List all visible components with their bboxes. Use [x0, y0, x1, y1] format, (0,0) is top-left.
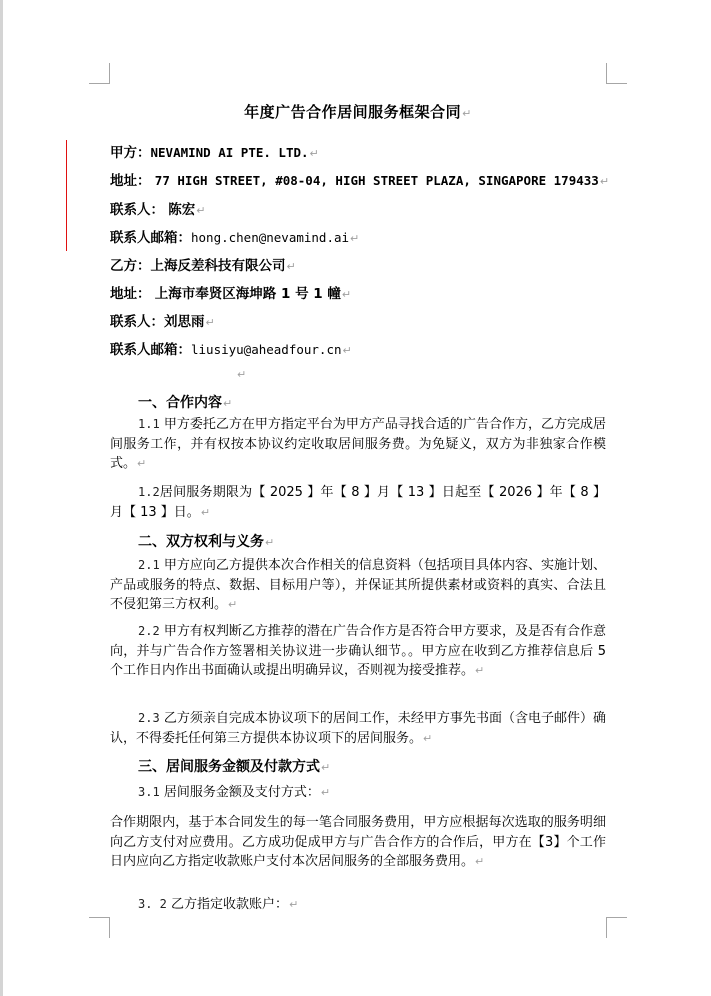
party-a-name-line: 甲方：NEVAMIND AI PTE. LTD.↵ [110, 141, 319, 161]
clause-2-3: 2.3 乙方须亲自完成本协议项下的居间工作，未经甲方事先书面（含电子邮件）确认，… [110, 709, 606, 748]
clause-1-2: 1.2居间服务期限为【 2025 】年【 8 】月【 13 】日起至【 2026… [110, 483, 606, 522]
paragraph-mark-icon: ↵ [310, 147, 319, 160]
party-b-email-line: 联系人邮箱：liusiyu@aheadfour.cn↵ [110, 338, 352, 358]
section-heading-2: 二、双方权利与义务↵ [138, 531, 274, 551]
section-heading-1: 一、合作内容↵ [138, 392, 232, 412]
crop-mark-top-left [89, 63, 110, 84]
party-b-name-line: 乙方：上海反差科技有限公司↵ [110, 254, 296, 274]
section-heading-3: 三、居间服务金额及付款方式↵ [138, 756, 330, 776]
crop-mark-top-right [606, 63, 627, 84]
paragraph-mark-icon: ↵ [201, 506, 210, 519]
crop-mark-bottom-right [606, 917, 627, 938]
party-a-email-line: 联系人邮箱：hong.chen@nevamind.ai↵ [110, 226, 359, 246]
party-a-address-line: 地址： 77 HIGH STREET, #08-04, HIGH STREET … [110, 169, 609, 189]
paragraph-mark-icon: ↵ [423, 732, 432, 745]
paragraph-mark-icon: ↵ [206, 316, 215, 329]
clause-3-1: 3.1 居间服务金额及支付方式：↵ [110, 783, 606, 803]
paragraph-mark-icon: ↵ [475, 664, 484, 677]
clause-1-1: 1.1 甲方委托乙方在甲方指定平台为甲方产品寻找合适的广告合作方，乙方完成居间服… [110, 415, 606, 474]
crop-mark-bottom-left [89, 917, 110, 938]
paragraph-mark-icon: ↵ [321, 786, 330, 799]
paragraph-mark-icon: ↵ [137, 457, 146, 470]
paragraph-mark-icon: ↵ [600, 175, 609, 188]
party-b-address-line: 地址： 上海市奉贤区海坤路 1 号 1 幢↵ [110, 282, 351, 302]
document-title: 年度广告合作居间服务框架合同↵ [110, 101, 606, 122]
paragraph-mark-icon: ↵ [287, 260, 296, 273]
paragraph-mark-icon: ↵ [350, 232, 359, 245]
paragraph-mark-icon: ↵ [342, 288, 351, 301]
party-a-contact-line: 联系人： 陈宏↵ [110, 198, 206, 218]
paragraph-mark-icon: ↵ [196, 204, 205, 217]
paragraph-mark-icon: ↵ [265, 536, 274, 549]
party-b-contact-line: 联系人：刘思雨↵ [110, 310, 215, 330]
paragraph-mark-icon: ↵ [228, 598, 237, 611]
empty-paragraph: ↵ [236, 363, 246, 382]
window-left-border [0, 0, 3, 996]
paragraph-mark-icon: ↵ [237, 368, 246, 381]
clause-3-1-body: 合作期限内，基于本合同发生的每一笔合同服务费用，甲方应根据每次选取的服务明细向乙… [110, 813, 606, 872]
paragraph-mark-icon: ↵ [475, 855, 484, 868]
clause-2-1: 2.1 甲方应向乙方提供本次合作相关的信息资料（包括项目具体内容、实施计划、产品… [110, 556, 606, 615]
clause-2-2: 2.2 甲方有权判断乙方推荐的潜在广告合作方是否符合甲方要求，及是否有合作意向，… [110, 622, 606, 681]
revision-change-bar [66, 140, 67, 251]
paragraph-mark-icon: ↵ [462, 107, 472, 120]
paragraph-mark-icon: ↵ [223, 397, 232, 410]
clause-3-2: 3. 2 乙方指定收款账户：↵ [110, 895, 606, 915]
paragraph-mark-icon: ↵ [289, 898, 298, 911]
paragraph-mark-icon: ↵ [321, 761, 330, 774]
paragraph-mark-icon: ↵ [343, 344, 352, 357]
